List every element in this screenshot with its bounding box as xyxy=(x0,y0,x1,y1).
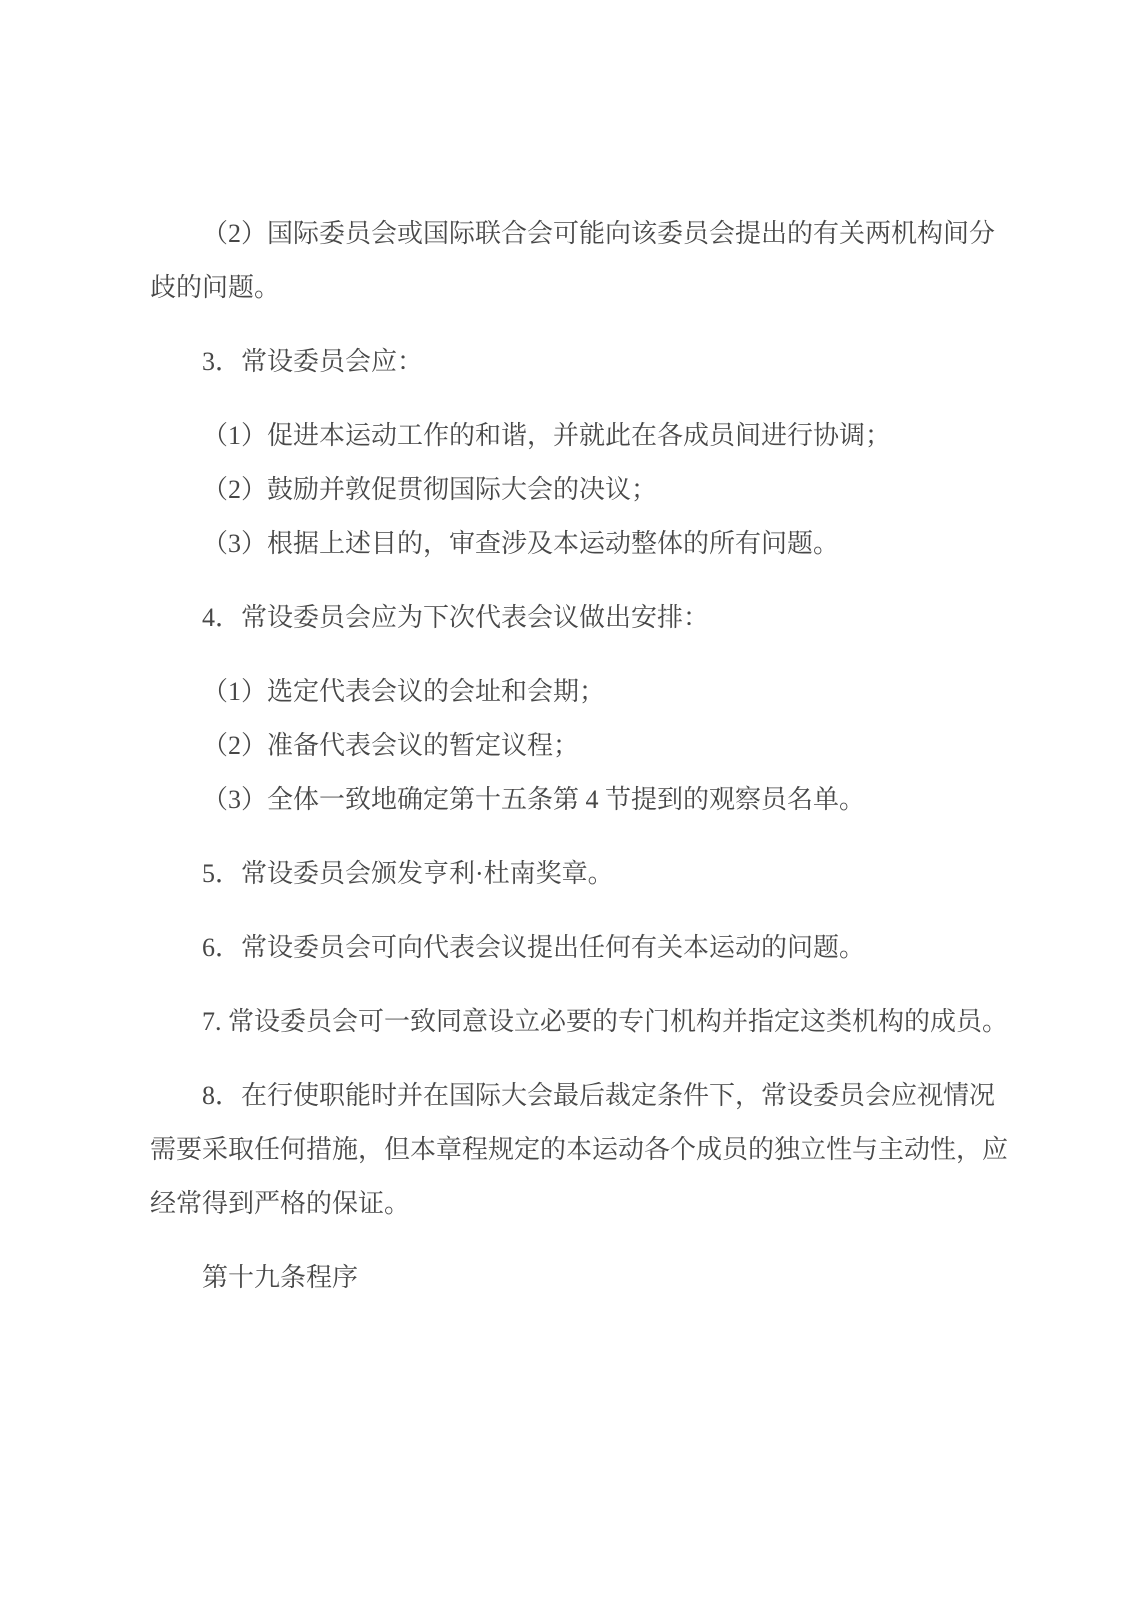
document-page: （2）国际委员会或国际联合会可能向该委员会提出的有关两机构间分歧的问题。3．常设… xyxy=(0,0,1131,1600)
text-line: 需要采取任何措施，但本章程规定的本运动各个成员的独立性与主动性，应 xyxy=(150,1123,1011,1177)
paragraph: 6．常设委员会可向代表会议提出任何有关本运动的问题。 xyxy=(150,921,1011,975)
paragraph: （1）选定代表会议的会址和会期； xyxy=(150,665,1011,719)
paragraph: 8．在行使职能时并在国际大会最后裁定条件下，常设委员会应视情况需要采取任何措施，… xyxy=(150,1069,1011,1231)
text-line: （3）根据上述目的，审查涉及本运动整体的所有问题。 xyxy=(150,517,1011,571)
paragraph: 7. 常设委员会可一致同意设立必要的专门机构并指定这类机构的成员。 xyxy=(150,995,1011,1049)
text-line: （2）鼓励并敦促贯彻国际大会的决议； xyxy=(150,463,1011,517)
paragraph: （1）促进本运动工作的和谐，并就此在各成员间进行协调； xyxy=(150,409,1011,463)
paragraph: （3）根据上述目的，审查涉及本运动整体的所有问题。 xyxy=(150,517,1011,571)
text-line: 8．在行使职能时并在国际大会最后裁定条件下，常设委员会应视情况 xyxy=(150,1069,1011,1123)
paragraph: （2）鼓励并敦促贯彻国际大会的决议； xyxy=(150,463,1011,517)
paragraph: 第十九条程序 xyxy=(150,1251,1011,1305)
text-line: （1）促进本运动工作的和谐，并就此在各成员间进行协调； xyxy=(150,409,1011,463)
paragraph: （3）全体一致地确定第十五条第 4 节提到的观察员名单。 xyxy=(150,773,1011,827)
text-line: 歧的问题。 xyxy=(150,261,1011,315)
paragraph: 5．常设委员会颁发亨利·杜南奖章。 xyxy=(150,847,1011,901)
text-line: （2）准备代表会议的暂定议程； xyxy=(150,719,1011,773)
paragraph: 4．常设委员会应为下次代表会议做出安排： xyxy=(150,591,1011,645)
text-line: （2）国际委员会或国际联合会可能向该委员会提出的有关两机构间分 xyxy=(150,207,1011,261)
text-line: （3）全体一致地确定第十五条第 4 节提到的观察员名单。 xyxy=(150,773,1011,827)
text-line: 经常得到严格的保证。 xyxy=(150,1177,1011,1231)
text-line: 4．常设委员会应为下次代表会议做出安排： xyxy=(150,591,1011,645)
text-line: 第十九条程序 xyxy=(150,1251,1011,1305)
paragraph: （2）准备代表会议的暂定议程； xyxy=(150,719,1011,773)
paragraph: 3．常设委员会应： xyxy=(150,335,1011,389)
text-line: （1）选定代表会议的会址和会期； xyxy=(150,665,1011,719)
text-line: 3．常设委员会应： xyxy=(150,335,1011,389)
text-line: 6．常设委员会可向代表会议提出任何有关本运动的问题。 xyxy=(150,921,1011,975)
text-line: 7. 常设委员会可一致同意设立必要的专门机构并指定这类机构的成员。 xyxy=(150,995,1011,1049)
document-body: （2）国际委员会或国际联合会可能向该委员会提出的有关两机构间分歧的问题。3．常设… xyxy=(0,0,1131,1305)
paragraph: （2）国际委员会或国际联合会可能向该委员会提出的有关两机构间分歧的问题。 xyxy=(150,207,1011,315)
text-line: 5．常设委员会颁发亨利·杜南奖章。 xyxy=(150,847,1011,901)
